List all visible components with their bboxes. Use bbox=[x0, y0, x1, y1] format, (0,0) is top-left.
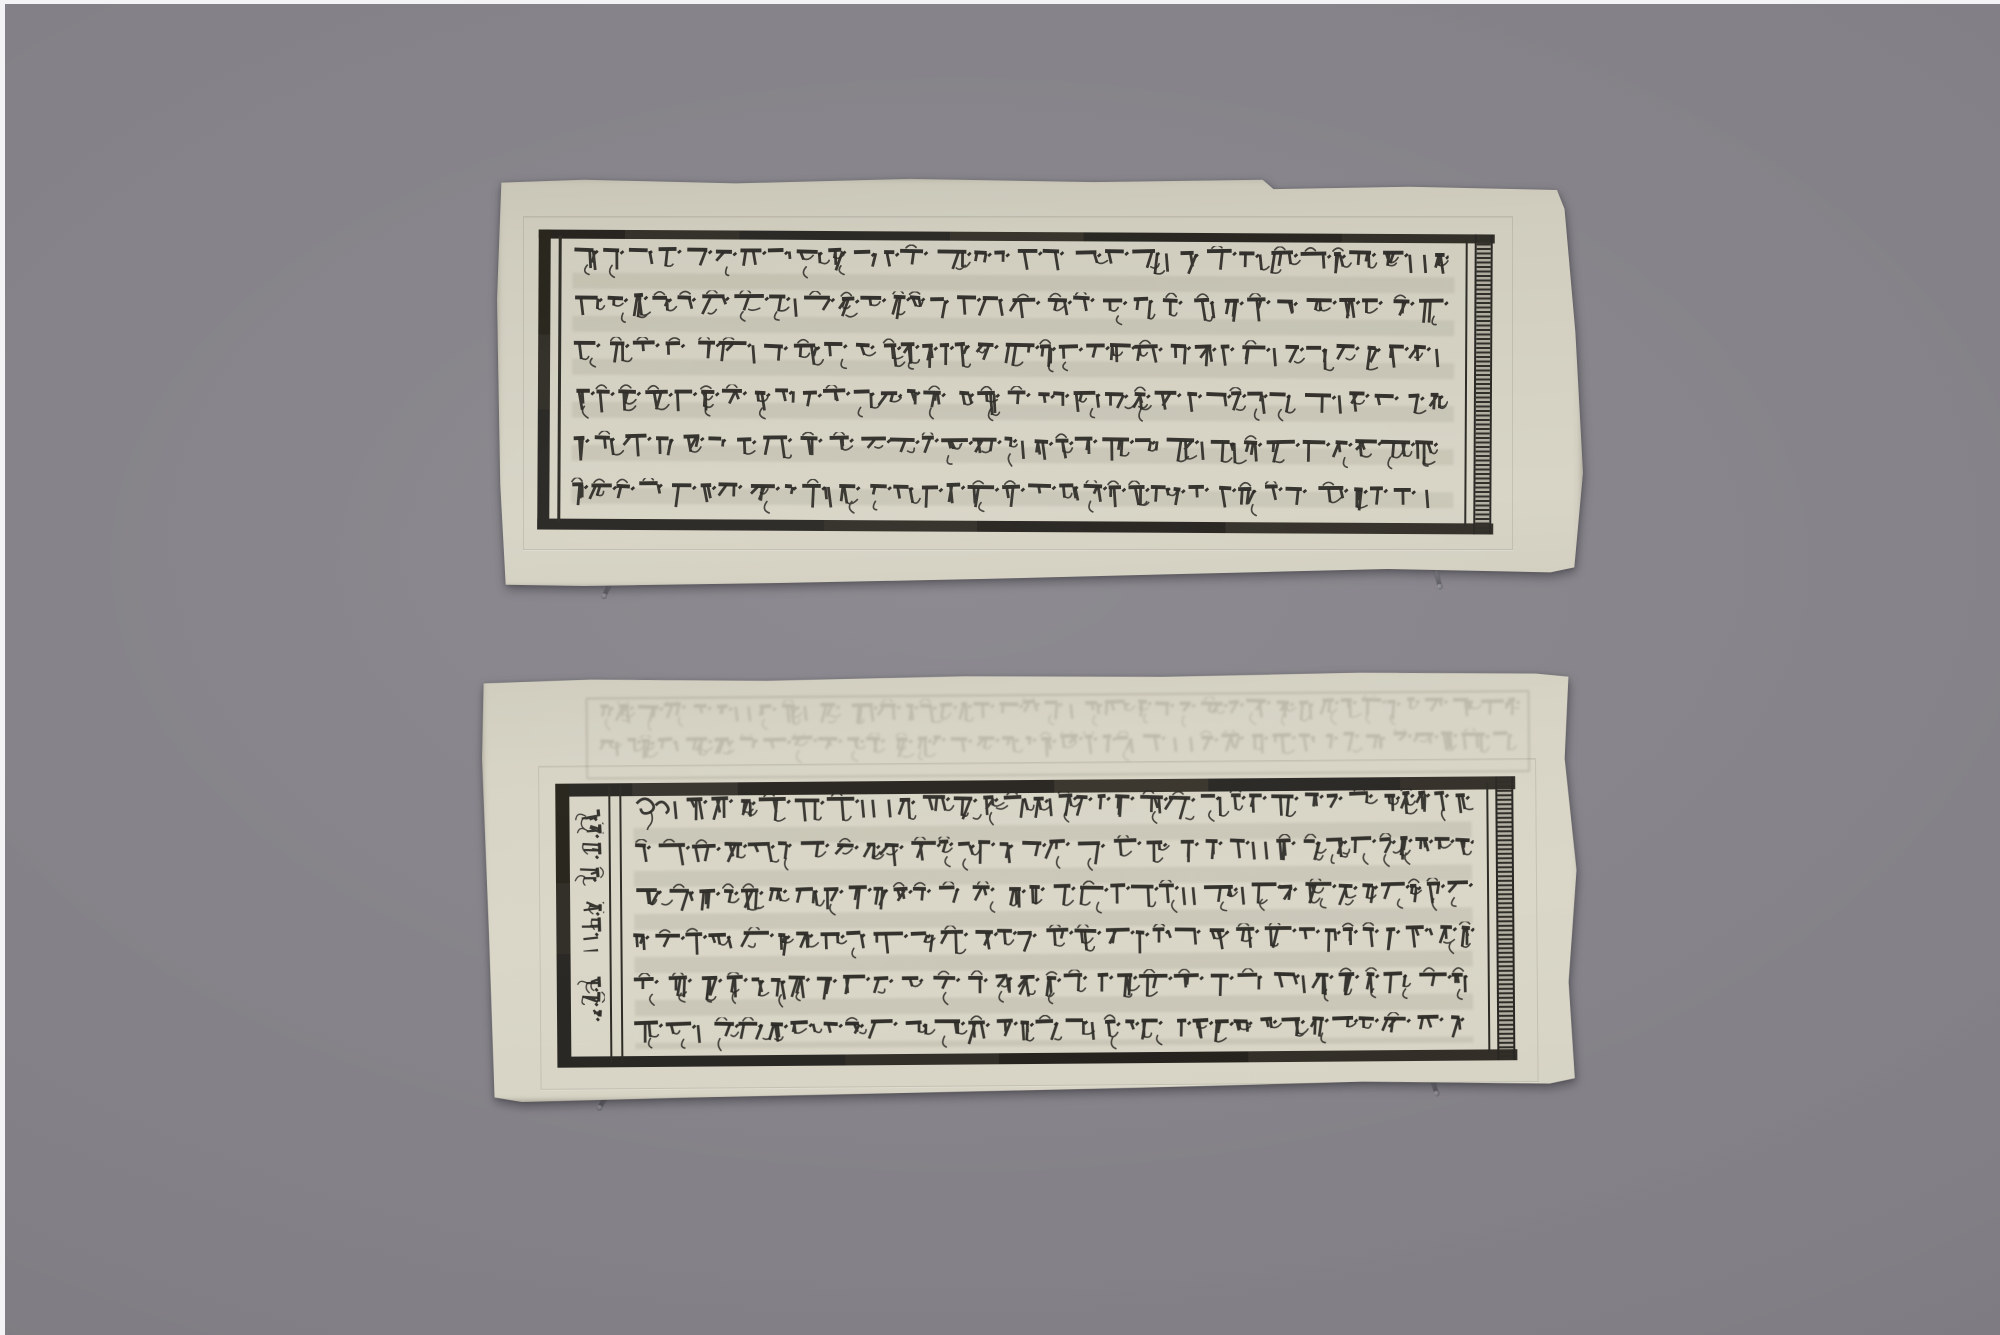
paper-sheet bbox=[481, 664, 1582, 1103]
photograph-of-tibetan-pecha-leaves bbox=[0, 0, 2000, 1335]
text-line bbox=[630, 877, 1474, 920]
script-stroke-svg bbox=[574, 899, 604, 951]
script-stroke-svg bbox=[571, 243, 1449, 285]
script-stroke-svg bbox=[575, 971, 605, 1031]
frame-inner-line-right bbox=[1486, 782, 1491, 1052]
text-line bbox=[630, 922, 1474, 965]
pecha-leaf-bottom bbox=[481, 664, 1582, 1103]
text-line bbox=[570, 384, 1448, 426]
scan-edge-left bbox=[0, 0, 5, 1335]
text-line bbox=[570, 290, 1448, 332]
script-stroke-svg bbox=[570, 337, 1448, 379]
script-stroke-svg bbox=[569, 478, 1447, 520]
text-line bbox=[569, 478, 1447, 520]
script-stroke-svg bbox=[570, 384, 1448, 426]
margin-folio-text bbox=[575, 971, 605, 1031]
script-stroke-svg bbox=[570, 431, 1448, 473]
text-line bbox=[570, 337, 1448, 379]
margin-title-text bbox=[573, 805, 604, 885]
woodblock-frame bbox=[537, 229, 1495, 534]
text-line bbox=[631, 967, 1475, 1010]
script-stroke-svg bbox=[630, 922, 1474, 965]
text-line bbox=[570, 431, 1448, 473]
frame-inner-line-right bbox=[1464, 240, 1468, 526]
text-line bbox=[571, 243, 1449, 285]
pecha-leaf-top bbox=[497, 176, 1583, 588]
text-line bbox=[630, 832, 1474, 875]
frame-hatched-border-right bbox=[1495, 776, 1515, 1060]
frame-hatched-border-right bbox=[1473, 234, 1493, 534]
frame-border-top bbox=[539, 229, 1495, 243]
text-line bbox=[629, 788, 1473, 831]
margin-title-column bbox=[569, 795, 609, 1053]
frame-border-bottom bbox=[537, 518, 1493, 534]
text-block bbox=[569, 243, 1448, 520]
frame-inner-line-left bbox=[557, 236, 561, 522]
paper-sheet bbox=[497, 176, 1583, 588]
script-stroke-svg bbox=[630, 877, 1474, 920]
script-stroke-svg bbox=[631, 967, 1475, 1010]
margin-divider-double-line bbox=[608, 785, 623, 1063]
script-stroke-svg bbox=[573, 805, 604, 885]
script-stroke-svg bbox=[630, 832, 1474, 875]
frame-border-left bbox=[537, 229, 551, 529]
scan-edge-top bbox=[0, 0, 2000, 4]
script-stroke-svg bbox=[570, 290, 1448, 332]
woodblock-frame bbox=[555, 776, 1517, 1068]
script-stroke-svg bbox=[631, 1012, 1475, 1055]
margin-volume-text bbox=[574, 899, 604, 951]
script-stroke-svg bbox=[629, 788, 1473, 831]
text-block bbox=[629, 788, 1475, 1055]
offset-impression-block bbox=[586, 690, 1531, 779]
text-line bbox=[631, 1012, 1475, 1055]
